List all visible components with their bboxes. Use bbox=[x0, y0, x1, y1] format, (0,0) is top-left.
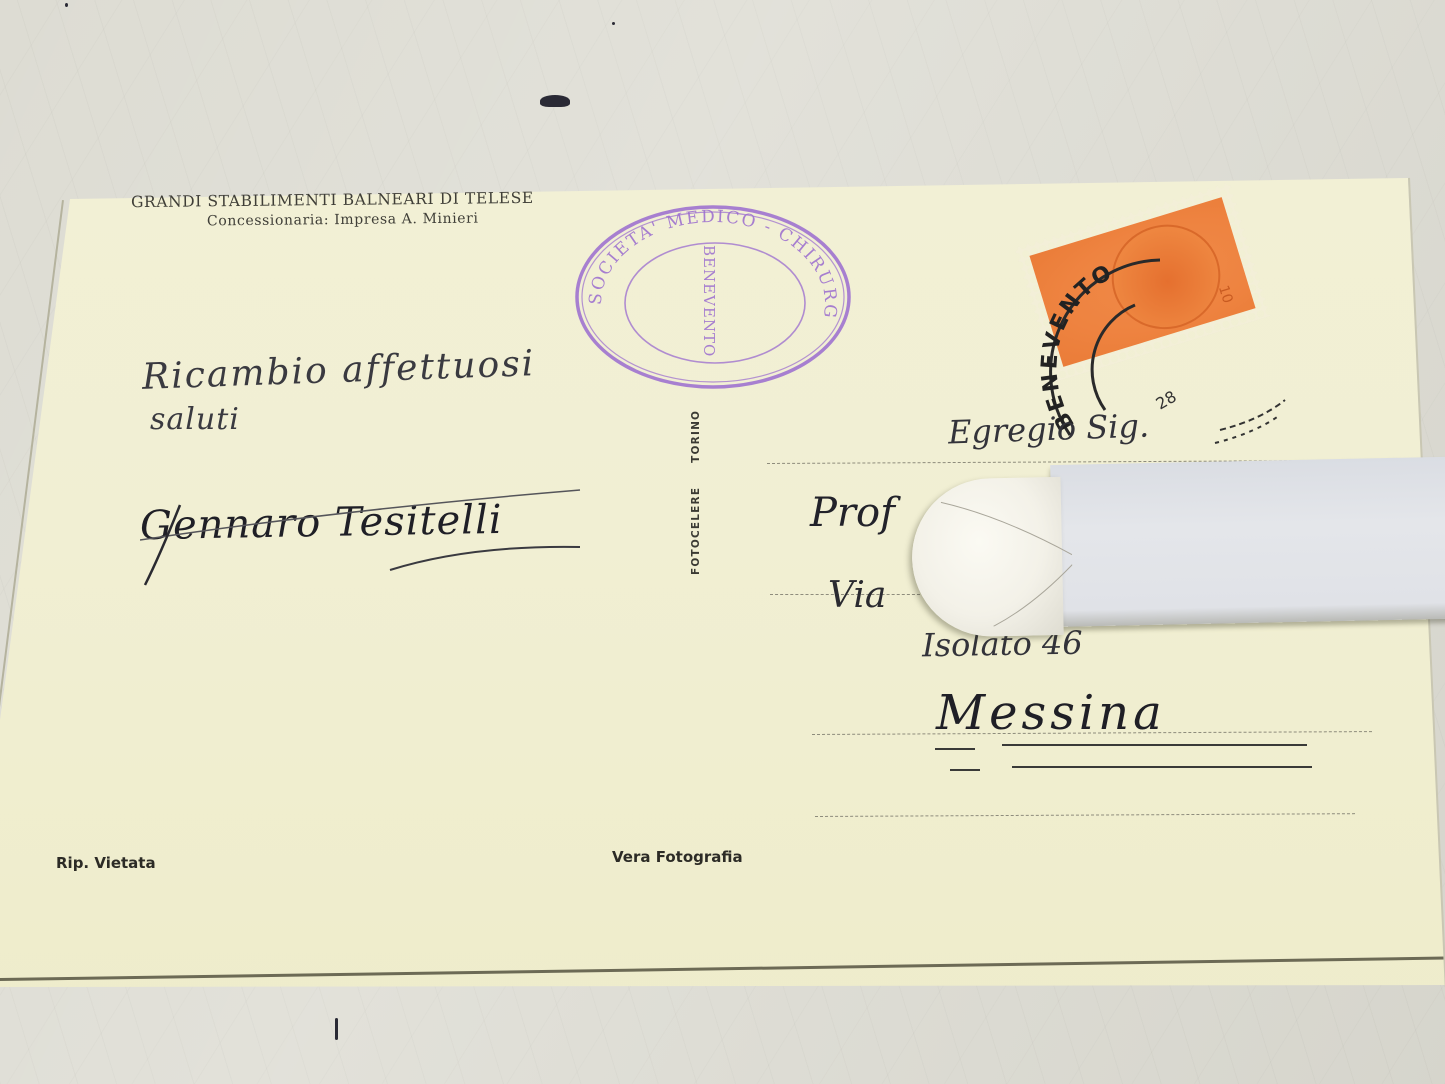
underline bbox=[1012, 766, 1312, 768]
publisher-name: FOTOCELERE bbox=[690, 487, 702, 575]
letter-opener bbox=[910, 456, 1445, 638]
footer-reproduction-notice: Rip. Vietata bbox=[56, 854, 156, 872]
publisher-credit: FOTOCELERETORINO bbox=[690, 410, 702, 575]
rubber-stamp-center-text: BENEVENTO bbox=[700, 245, 718, 357]
underline bbox=[935, 748, 975, 750]
signature-flourish bbox=[140, 485, 600, 595]
address-street: Via bbox=[828, 575, 886, 616]
address-city: Messina bbox=[936, 685, 1166, 741]
postmark-graphic: BENEVENTO 28 bbox=[1010, 245, 1310, 485]
debris-speck bbox=[540, 95, 570, 107]
rubber-stamp: SOCIETA' MEDICO - CHIRURGICA - SANNITA -… bbox=[574, 205, 852, 390]
footer-photo-notice: Vera Fotografia bbox=[612, 848, 743, 866]
address-recipient: Prof bbox=[810, 490, 895, 536]
underline bbox=[950, 769, 980, 771]
debris-speck bbox=[335, 1018, 338, 1040]
message-line: saluti bbox=[150, 402, 240, 437]
letter-opener-crack bbox=[931, 495, 1074, 628]
debris-speck bbox=[612, 22, 615, 25]
letter-opener-handle bbox=[1050, 456, 1445, 627]
rubber-stamp-graphic: SOCIETA' MEDICO - CHIRURGICA - SANNITA -… bbox=[574, 205, 852, 390]
header-subtitle: Concessionaria: Impresa A. Minieri bbox=[207, 211, 479, 230]
postmark-date: 28 bbox=[1153, 387, 1180, 414]
underline bbox=[1002, 744, 1307, 746]
debris-speck bbox=[65, 3, 68, 7]
address-salutation: Egregio Sig. bbox=[947, 407, 1149, 452]
publisher-city: TORINO bbox=[690, 410, 702, 463]
postmark: BENEVENTO 28 bbox=[1010, 245, 1310, 485]
